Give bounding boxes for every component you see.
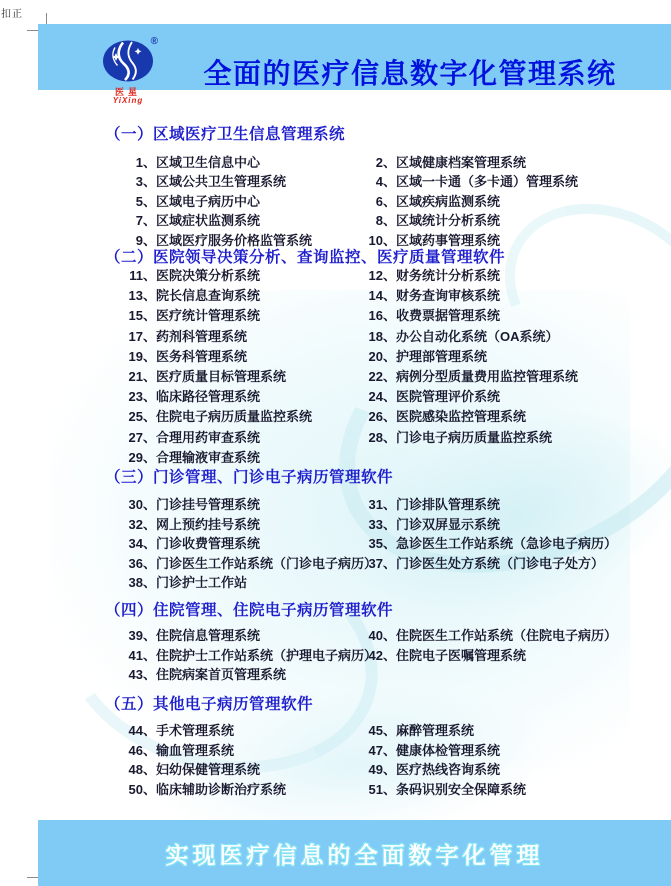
list-item: 50、临床辅助诊断治疗系统 xyxy=(122,782,362,802)
item-number: 12、 xyxy=(362,268,396,283)
list-item: 41、住院护士工作站系统（护理电子病历） xyxy=(122,648,362,668)
item-label: 条码识别安全保障系统 xyxy=(396,782,526,797)
item-number: 37、 xyxy=(362,556,396,571)
item-label: 办公自动化系统（OA系统） xyxy=(396,329,559,344)
item-label: 门诊收费管理系统 xyxy=(156,536,260,551)
item-number: 50、 xyxy=(122,782,156,797)
item-number: 17、 xyxy=(122,329,156,344)
section-item-grid: 30、门诊挂号管理系统31、门诊排队管理系统32、网上预约挂号系统33、门诊双屏… xyxy=(122,497,665,595)
list-item: 29、合理输液审查系统 xyxy=(122,450,362,470)
registered-trademark-symbol: ® xyxy=(151,36,158,47)
item-label: 住院护士工作站系统（护理电子病历） xyxy=(156,648,377,663)
list-item: 45、麻醉管理系统 xyxy=(362,723,665,743)
item-label: 住院信息管理系统 xyxy=(156,628,260,643)
item-label: 门诊挂号管理系统 xyxy=(156,497,260,512)
item-number: 28、 xyxy=(362,430,396,445)
item-number: 39、 xyxy=(122,628,156,643)
item-number: 13、 xyxy=(122,288,156,303)
item-label: 收费票据管理系统 xyxy=(396,308,500,323)
crop-mark-left-top xyxy=(27,30,38,31)
item-number: 4、 xyxy=(362,174,396,189)
crop-mark-left-bottom xyxy=(27,877,38,878)
list-item: 20、护理部管理系统 xyxy=(362,349,665,369)
list-item: 5、区域电子病历中心 xyxy=(122,194,362,213)
item-label: 护理部管理系统 xyxy=(396,349,487,364)
item-number: 48、 xyxy=(122,762,156,777)
item-number: 43、 xyxy=(122,667,156,682)
item-number: 25、 xyxy=(122,409,156,424)
list-item: 25、住院电子病历质量监控系统 xyxy=(122,409,362,429)
item-number: 35、 xyxy=(362,536,396,551)
item-label: 合理用药审查系统 xyxy=(156,430,260,445)
item-number: 36、 xyxy=(122,556,156,571)
item-number: 6、 xyxy=(362,194,396,209)
list-item: 49、医疗热线咨询系统 xyxy=(362,762,665,782)
item-label: 医院感染监控管理系统 xyxy=(396,409,526,424)
section-item-grid: 39、住院信息管理系统40、住院医生工作站系统（住院电子病历）41、住院护士工作… xyxy=(122,628,665,687)
list-item: 43、住院病案首页管理系统 xyxy=(122,667,362,687)
item-label: 区域药事管理系统 xyxy=(396,233,500,248)
list-item: 13、院长信息查询系统 xyxy=(122,288,362,308)
item-number: 11、 xyxy=(122,268,156,283)
item-number: 32、 xyxy=(122,517,156,532)
item-label: 门诊医生工作站系统（门诊电子病历） xyxy=(156,556,377,571)
footer-band: 实现医疗信息的全面数字化管理 xyxy=(38,820,671,886)
item-label: 健康体检管理系统 xyxy=(396,743,500,758)
list-item: 2、区域健康档案管理系统 xyxy=(362,155,665,174)
item-number: 2、 xyxy=(362,155,396,170)
section-other-emr-software: （五）其他电子病历管理软件 44、手术管理系统45、麻醉管理系统46、输血管理系… xyxy=(105,695,665,801)
list-item: 12、财务统计分析系统 xyxy=(362,268,665,288)
item-number: 20、 xyxy=(362,349,396,364)
item-number: 27、 xyxy=(122,430,156,445)
list-item: 48、妇幼保健管理系统 xyxy=(122,762,362,782)
item-number: 23、 xyxy=(122,389,156,404)
list-item: 44、手术管理系统 xyxy=(122,723,362,743)
list-item: 8、区域统计分析系统 xyxy=(362,213,665,232)
item-number: 42、 xyxy=(362,648,396,663)
item-label: 临床辅助诊断治疗系统 xyxy=(156,782,286,797)
print-corner-note: 扣正 xyxy=(1,5,23,20)
list-item: 28、门诊电子病历质量监控系统 xyxy=(362,430,665,450)
item-number: 34、 xyxy=(122,536,156,551)
item-label: 区域公共卫生管理系统 xyxy=(156,174,286,189)
list-item: 27、合理用药审查系统 xyxy=(122,430,362,450)
item-label: 医务科管理系统 xyxy=(156,349,247,364)
list-item: 38、门诊护士工作站 xyxy=(122,575,362,595)
header-band: ® 医星 YiXing 全面的医疗信息数字化管理系统 xyxy=(38,24,671,90)
item-number: 44、 xyxy=(122,723,156,738)
item-number: 24、 xyxy=(362,389,396,404)
item-label: 医院管理评价系统 xyxy=(396,389,500,404)
item-label: 手术管理系统 xyxy=(156,723,234,738)
list-item: 30、门诊挂号管理系统 xyxy=(122,497,362,517)
list-item: 26、医院感染监控管理系统 xyxy=(362,409,665,429)
item-label: 区域一卡通（多卡通）管理系统 xyxy=(396,174,578,189)
item-label: 住院电子医嘱管理系统 xyxy=(396,648,526,663)
section-heading: （五）其他电子病历管理软件 xyxy=(105,695,665,715)
item-label: 临床路径管理系统 xyxy=(156,389,260,404)
item-label: 门诊双屏显示系统 xyxy=(396,517,500,532)
item-label: 区域疾病监测系统 xyxy=(396,194,500,209)
item-label: 区域健康档案管理系统 xyxy=(396,155,526,170)
list-item: 39、住院信息管理系统 xyxy=(122,628,362,648)
section-heading: （二）医院领导决策分析、查询监控、医疗质量管理软件 xyxy=(105,248,665,268)
item-label: 医疗热线咨询系统 xyxy=(396,762,500,777)
item-label: 门诊排队管理系统 xyxy=(396,497,500,512)
item-label: 门诊护士工作站 xyxy=(156,575,247,590)
item-number: 47、 xyxy=(362,743,396,758)
list-item: 33、门诊双屏显示系统 xyxy=(362,517,665,537)
item-number: 1、 xyxy=(122,155,156,170)
item-number: 22、 xyxy=(362,369,396,384)
list-item: 22、病例分型质量费用监控管理系统 xyxy=(362,369,665,389)
section-heading: （三）门诊管理、门诊电子病历管理软件 xyxy=(105,468,665,488)
item-number: 38、 xyxy=(122,575,156,590)
item-label: 医疗质量目标管理系统 xyxy=(156,369,286,384)
item-label: 区域统计分析系统 xyxy=(396,213,500,228)
section-heading: （一）区域医疗卫生信息管理系统 xyxy=(105,125,665,145)
list-item: 31、门诊排队管理系统 xyxy=(362,497,665,517)
item-number: 51、 xyxy=(362,782,396,797)
item-number: 41、 xyxy=(122,648,156,663)
item-number: 19、 xyxy=(122,349,156,364)
page-title: 全面的医疗信息数字化管理系统 xyxy=(113,52,671,92)
list-item: 35、急诊医生工作站系统（急诊电子病历） xyxy=(362,536,665,556)
list-item: 6、区域疾病监测系统 xyxy=(362,194,665,213)
item-number: 46、 xyxy=(122,743,156,758)
item-number: 7、 xyxy=(122,213,156,228)
list-item: 11、医院决策分析系统 xyxy=(122,268,362,288)
item-label: 财务统计分析系统 xyxy=(396,268,500,283)
list-item: 36、门诊医生工作站系统（门诊电子病历） xyxy=(122,556,362,576)
list-item: 47、健康体检管理系统 xyxy=(362,743,665,763)
item-number: 8、 xyxy=(362,213,396,228)
item-number: 33、 xyxy=(362,517,396,532)
list-item: 42、住院电子医嘱管理系统 xyxy=(362,648,665,668)
item-label: 输血管理系统 xyxy=(156,743,234,758)
section-item-grid: 44、手术管理系统45、麻醉管理系统46、输血管理系统47、健康体检管理系统48… xyxy=(122,723,665,801)
section-item-grid: 1、区域卫生信息中心2、区域健康档案管理系统3、区域公共卫生管理系统4、区域一卡… xyxy=(122,155,665,252)
list-item: 32、网上预约挂号系统 xyxy=(122,517,362,537)
item-number: 40、 xyxy=(362,628,396,643)
item-number: 5、 xyxy=(122,194,156,209)
list-item: 15、医疗统计管理系统 xyxy=(122,308,362,328)
section-heading: （四）住院管理、住院电子病历管理软件 xyxy=(105,601,665,621)
item-label: 病例分型质量费用监控管理系统 xyxy=(396,369,578,384)
list-item: 46、输血管理系统 xyxy=(122,743,362,763)
item-number: 10、 xyxy=(362,233,396,248)
item-label: 合理输液审查系统 xyxy=(156,450,260,465)
item-number: 45、 xyxy=(362,723,396,738)
list-item: 3、区域公共卫生管理系统 xyxy=(122,174,362,193)
list-item: 16、收费票据管理系统 xyxy=(362,308,665,328)
section-hospital-decision-quality: （二）医院领导决策分析、查询监控、医疗质量管理软件 11、医院决策分析系统12、… xyxy=(105,248,665,470)
item-label: 门诊医生处方系统（门诊电子处方） xyxy=(396,556,604,571)
section-inpatient-management: （四）住院管理、住院电子病历管理软件 39、住院信息管理系统40、住院医生工作站… xyxy=(105,601,665,687)
item-label: 住院电子病历质量监控系统 xyxy=(156,409,312,424)
item-number: 18、 xyxy=(362,329,396,344)
logo-english-name: YiXing xyxy=(96,97,160,105)
list-item: 7、区域症状监测系统 xyxy=(122,213,362,232)
item-label: 院长信息查询系统 xyxy=(156,288,260,303)
item-number: 31、 xyxy=(362,497,396,512)
item-number: 9、 xyxy=(122,233,156,248)
footer-slogan: 实现医疗信息的全面数字化管理 xyxy=(38,837,671,870)
list-item: 17、药剂科管理系统 xyxy=(122,329,362,349)
item-label: 住院医生工作站系统（住院电子病历） xyxy=(396,628,617,643)
item-label: 网上预约挂号系统 xyxy=(156,517,260,532)
item-number: 3、 xyxy=(122,174,156,189)
list-item: 21、医疗质量目标管理系统 xyxy=(122,369,362,389)
item-label: 医院决策分析系统 xyxy=(156,268,260,283)
item-label: 区域医疗服务价格监管系统 xyxy=(156,233,312,248)
list-item: 19、医务科管理系统 xyxy=(122,349,362,369)
item-number: 49、 xyxy=(362,762,396,777)
item-label: 麻醉管理系统 xyxy=(396,723,474,738)
item-label: 区域电子病历中心 xyxy=(156,194,260,209)
section-item-grid: 11、医院决策分析系统12、财务统计分析系统13、院长信息查询系统14、财务查询… xyxy=(122,268,665,470)
item-label: 区域症状监测系统 xyxy=(156,213,260,228)
list-item: 1、区域卫生信息中心 xyxy=(122,155,362,174)
list-item: 24、医院管理评价系统 xyxy=(362,389,665,409)
list-item: 40、住院医生工作站系统（住院电子病历） xyxy=(362,628,665,648)
item-label: 药剂科管理系统 xyxy=(156,329,247,344)
item-label: 住院病案首页管理系统 xyxy=(156,667,286,682)
list-item: 23、临床路径管理系统 xyxy=(122,389,362,409)
item-label: 急诊医生工作站系统（急诊电子病历） xyxy=(396,536,617,551)
item-number: 14、 xyxy=(362,288,396,303)
list-item: 14、财务查询审核系统 xyxy=(362,288,665,308)
section-regional-health-info: （一）区域医疗卫生信息管理系统 1、区域卫生信息中心2、区域健康档案管理系统3、… xyxy=(105,125,665,252)
item-number: 21、 xyxy=(122,369,156,384)
item-label: 医疗统计管理系统 xyxy=(156,308,260,323)
item-label: 门诊电子病历质量监控系统 xyxy=(396,430,552,445)
item-label: 财务查询审核系统 xyxy=(396,288,500,303)
item-number: 26、 xyxy=(362,409,396,424)
list-item: 34、门诊收费管理系统 xyxy=(122,536,362,556)
list-item: 51、条码识别安全保障系统 xyxy=(362,782,665,802)
item-label: 区域卫生信息中心 xyxy=(156,155,260,170)
list-item: 4、区域一卡通（多卡通）管理系统 xyxy=(362,174,665,193)
item-number: 16、 xyxy=(362,308,396,323)
list-item: 37、门诊医生处方系统（门诊电子处方） xyxy=(362,556,665,576)
item-number: 29、 xyxy=(122,450,156,465)
item-number: 30、 xyxy=(122,497,156,512)
item-number: 15、 xyxy=(122,308,156,323)
list-item: 18、办公自动化系统（OA系统） xyxy=(362,329,665,349)
section-outpatient-management: （三）门诊管理、门诊电子病历管理软件 30、门诊挂号管理系统31、门诊排队管理系… xyxy=(105,468,665,595)
item-label: 妇幼保健管理系统 xyxy=(156,762,260,777)
